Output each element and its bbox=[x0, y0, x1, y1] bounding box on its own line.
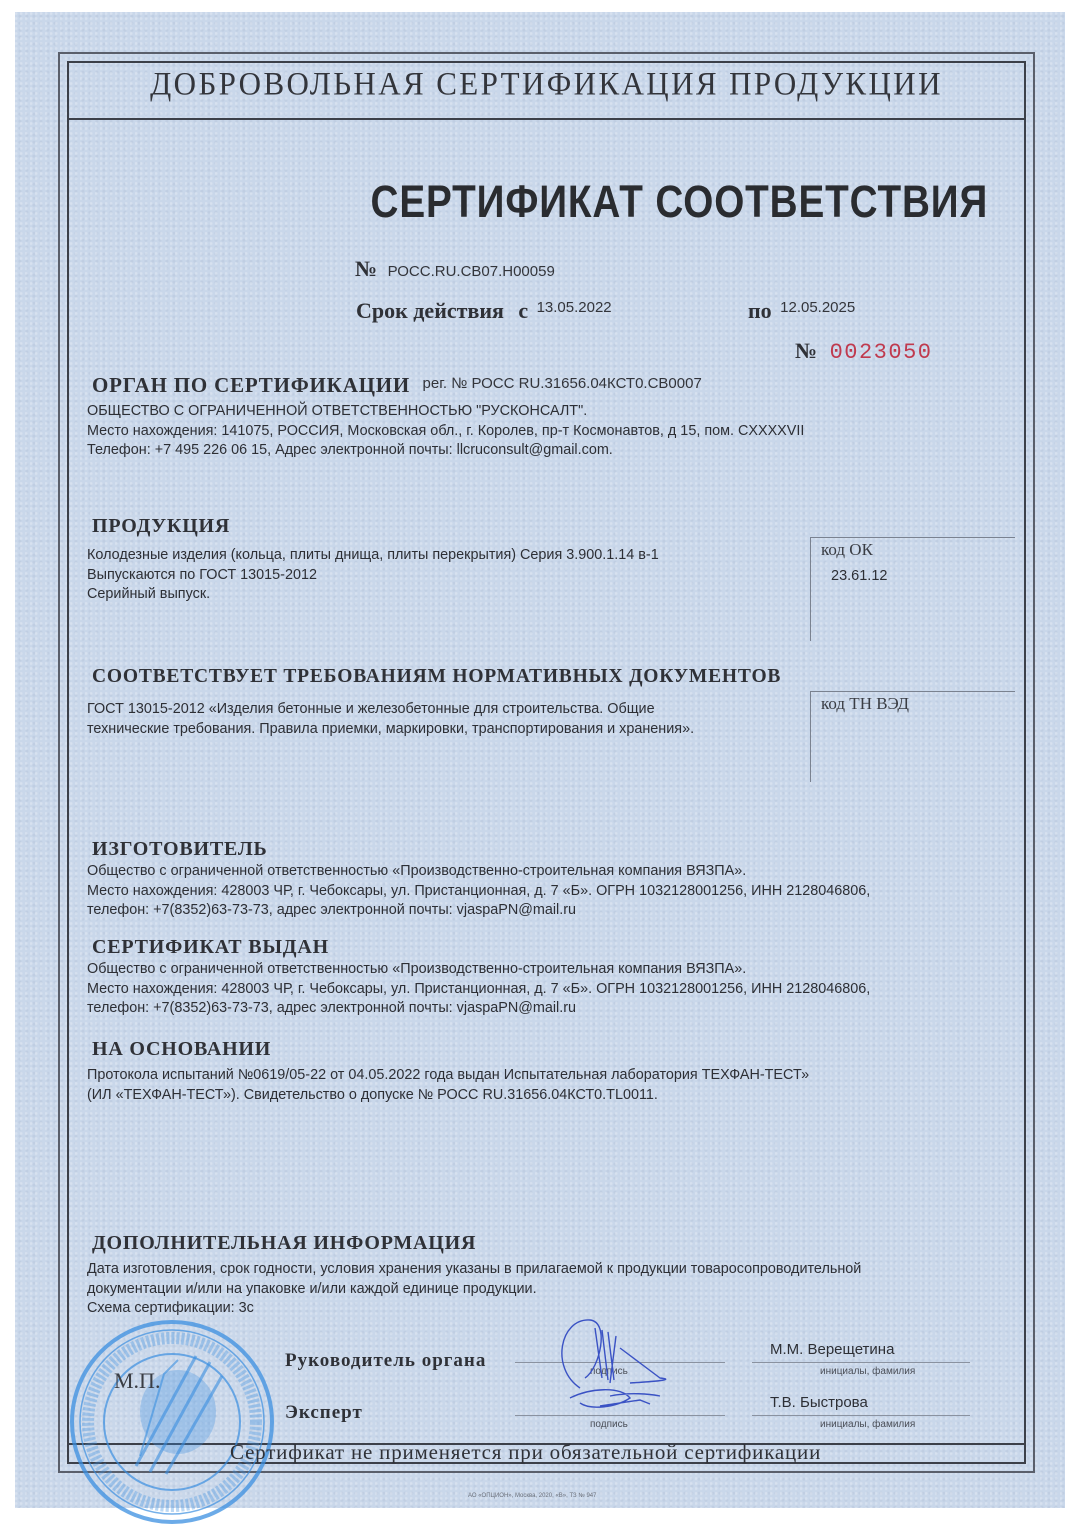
certificate-title: СЕРТИФИКАТ СООТВЕТСТВИЯ bbox=[370, 176, 988, 228]
handwritten-signature-icon bbox=[540, 1308, 740, 1420]
number-label: № bbox=[355, 256, 377, 281]
compliance-standard-line-2: технические требования. Правила приемки,… bbox=[87, 720, 694, 740]
validity-to-label: по bbox=[748, 298, 772, 323]
issued-to-address: Место нахождения: 428003 ЧР, г. Чебоксар… bbox=[87, 980, 870, 1000]
manufacturer-address: Место нахождения: 428003 ЧР, г. Чебоксар… bbox=[87, 882, 870, 902]
header-divider bbox=[67, 118, 1026, 120]
manufacturer-heading: ИЗГОТОВИТЕЛЬ bbox=[92, 838, 268, 861]
certification-body-reg-number: рег. № РОСС RU.31656.04КСТ0.СВ0007 bbox=[423, 375, 702, 392]
product-standard: Выпускаются по ГОСТ 13015-2012 bbox=[87, 566, 659, 586]
ok-code-box: код ОК 23.61.12 bbox=[810, 537, 1015, 641]
certification-body-address: Место нахождения: 141075, РОССИЯ, Москов… bbox=[87, 422, 804, 442]
blank-number-row: № 0023050 bbox=[795, 338, 932, 365]
expert-signature-caption: подпись bbox=[590, 1419, 628, 1430]
product-heading: ПРОДУКЦИЯ bbox=[92, 515, 230, 538]
certification-body-heading-row: ОРГАН ПО СЕРТИФИКАЦИИ рег. № РОСС RU.316… bbox=[92, 373, 702, 398]
certification-body-heading: ОРГАН ПО СЕРТИФИКАЦИИ bbox=[92, 373, 410, 397]
manufacturer-details: Общество с ограниченной ответственностью… bbox=[87, 862, 870, 921]
basis-test-protocol: Протокола испытаний №0619/05-22 от 04.05… bbox=[87, 1066, 809, 1086]
certification-body-contacts: Телефон: +7 495 226 06 15, Адрес электро… bbox=[87, 441, 804, 461]
head-of-body-role: Руководитель органа bbox=[285, 1350, 486, 1372]
issued-to-heading: СЕРТИФИКАТ ВЫДАН bbox=[92, 936, 329, 959]
validity-to-date: 12.05.2025 bbox=[780, 299, 855, 316]
head-name: М.М. Верещетина bbox=[770, 1341, 894, 1358]
certification-body-name: ОБЩЕСТВО С ОГРАНИЧЕННОЙ ОТВЕТСТВЕННОСТЬЮ… bbox=[87, 402, 804, 422]
additional-info-details: Дата изготовления, срок годности, услови… bbox=[87, 1260, 861, 1319]
product-description: Колодезные изделия (кольца, плиты днища,… bbox=[87, 546, 659, 566]
validity-to: по 12.05.2025 bbox=[748, 298, 855, 324]
certificate-number: РОСС.RU.СВ07.Н00059 bbox=[388, 263, 555, 280]
validity-from-date: 13.05.2022 bbox=[537, 299, 612, 316]
expert-name: Т.В. Быстрова bbox=[770, 1394, 868, 1411]
official-stamp bbox=[66, 1316, 278, 1527]
ok-code-value: 23.61.12 bbox=[831, 568, 887, 584]
voluntary-certification-header: ДОБРОВОЛЬНАЯ СЕРТИФИКАЦИЯ ПРОДУКЦИИ bbox=[67, 65, 1026, 103]
basis-details: Протокола испытаний №0619/05-22 от 04.05… bbox=[87, 1066, 809, 1105]
expert-role: Эксперт bbox=[285, 1402, 363, 1424]
product-production-type: Серийный выпуск. bbox=[87, 585, 659, 605]
voluntary-only-note: Сертификат не применяется при обязательн… bbox=[230, 1440, 821, 1465]
expert-name-caption: инициалы, фамилия bbox=[820, 1419, 915, 1430]
printer-imprint: АО «ОПЦИОН», Москва, 2020, «В», ТЗ № 947 bbox=[468, 1493, 596, 1499]
stamp-place-label: М.П. bbox=[114, 1368, 160, 1394]
stamp-seal-icon bbox=[66, 1316, 278, 1527]
issued-to-details: Общество с ограниченной ответственностью… bbox=[87, 960, 870, 1019]
issued-to-name: Общество с ограниченной ответственностью… bbox=[87, 960, 870, 980]
tnved-code-box: код ТН ВЭД bbox=[810, 691, 1015, 782]
manufacturer-name: Общество с ограниченной ответственностью… bbox=[87, 862, 870, 882]
compliance-heading: СООТВЕТСТВУЕТ ТРЕБОВАНИЯМ НОРМАТИВНЫХ ДО… bbox=[92, 666, 781, 688]
tnved-code-label: код ТН ВЭД bbox=[821, 694, 909, 714]
basis-heading: НА ОСНОВАНИИ bbox=[92, 1038, 271, 1061]
validity-from-label: с bbox=[518, 298, 528, 323]
compliance-details: ГОСТ 13015-2012 «Изделия бетонные и желе… bbox=[87, 700, 694, 739]
head-name-line bbox=[752, 1362, 970, 1363]
blank-number-label: № bbox=[795, 338, 817, 363]
additional-info-heading: ДОПОЛНИТЕЛЬНАЯ ИНФОРМАЦИЯ bbox=[92, 1232, 476, 1255]
issued-to-contacts: телефон: +7(8352)63-73-73, адрес электро… bbox=[87, 999, 870, 1019]
additional-info-line-2: документации и/или на упаковке и/или каж… bbox=[87, 1280, 861, 1300]
validity-row: Срок действия с 13.05.2022 bbox=[356, 298, 612, 324]
basis-accreditation: (ИЛ «ТЕХФАН-ТЕСТ»). Свидетельство о допу… bbox=[87, 1086, 809, 1106]
head-name-caption: инициалы, фамилия bbox=[820, 1366, 915, 1377]
compliance-standard-line-1: ГОСТ 13015-2012 «Изделия бетонные и желе… bbox=[87, 700, 694, 720]
product-details: Колодезные изделия (кольца, плиты днища,… bbox=[87, 546, 659, 605]
ok-code-label: код ОК bbox=[821, 540, 873, 560]
blank-serial-number: 0023050 bbox=[830, 340, 933, 365]
manufacturer-contacts: телефон: +7(8352)63-73-73, адрес электро… bbox=[87, 901, 870, 921]
validity-label: Срок действия bbox=[356, 298, 504, 323]
certificate-number-row: № РОСС.RU.СВ07.Н00059 bbox=[355, 256, 555, 282]
expert-name-line bbox=[752, 1415, 970, 1416]
certification-body-details: ОБЩЕСТВО С ОГРАНИЧЕННОЙ ОТВЕТСТВЕННОСТЬЮ… bbox=[87, 402, 804, 461]
additional-info-line-1: Дата изготовления, срок годности, услови… bbox=[87, 1260, 861, 1280]
